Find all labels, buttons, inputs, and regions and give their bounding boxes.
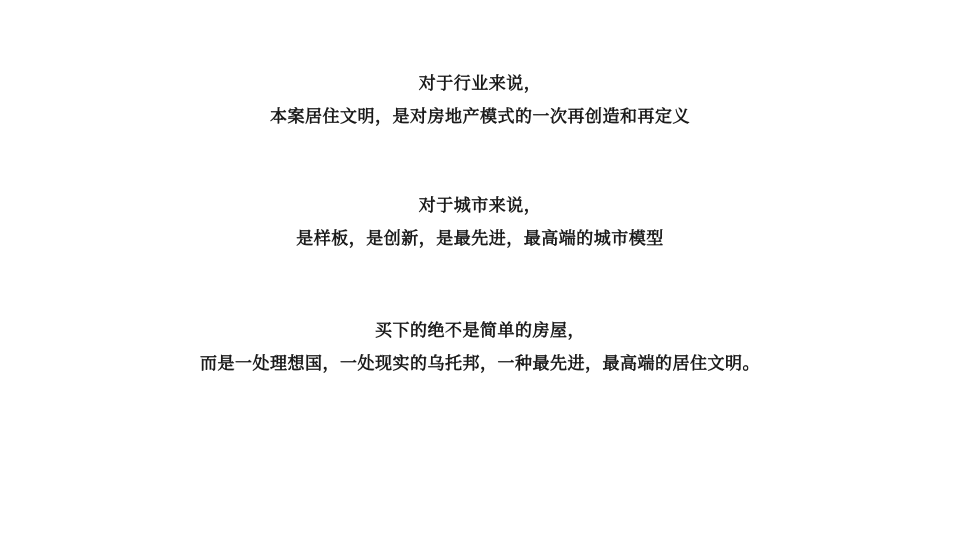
buyer-statement-block: 买下的绝不是简单的房屋， 而是一处理想国，一处现实的乌托邦，一种最先进，最高端的… — [0, 314, 960, 380]
industry-statement-line-1: 对于行业来说， — [0, 67, 960, 100]
city-statement-line-2: 是样板，是创新，是最先进，最高端的城市模型 — [0, 222, 960, 255]
industry-statement-block: 对于行业来说， 本案居住文明，是对房地产模式的一次再创造和再定义 — [0, 67, 960, 133]
buyer-statement-line-2: 而是一处理想国，一处现实的乌托邦，一种最先进，最高端的居住文明。 — [0, 347, 960, 380]
slide-canvas: 对于行业来说， 本案居住文明，是对房地产模式的一次再创造和再定义 对于城市来说，… — [0, 0, 960, 540]
industry-statement-line-2: 本案居住文明，是对房地产模式的一次再创造和再定义 — [0, 100, 960, 133]
buyer-statement-line-1: 买下的绝不是简单的房屋， — [0, 314, 960, 347]
city-statement-line-1: 对于城市来说， — [0, 189, 960, 222]
city-statement-block: 对于城市来说， 是样板，是创新，是最先进，最高端的城市模型 — [0, 189, 960, 255]
